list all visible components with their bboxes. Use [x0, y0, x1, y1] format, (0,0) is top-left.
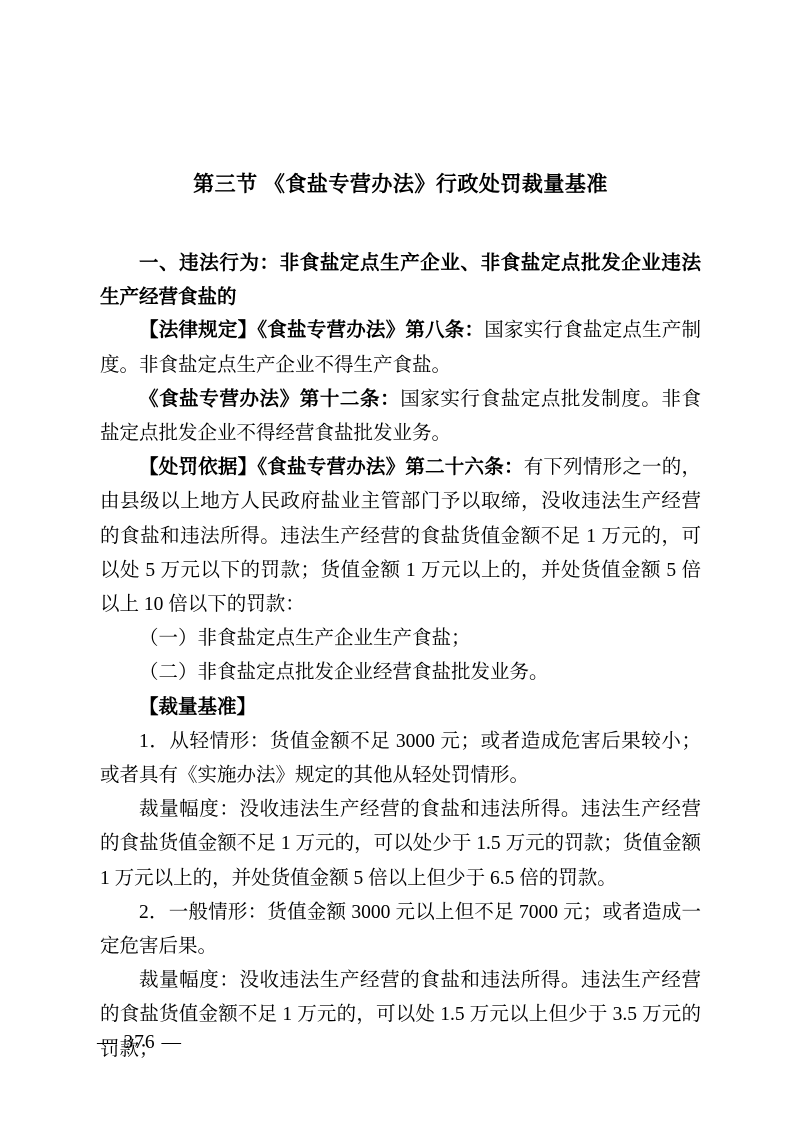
- para-article-12: 《食盐专营办法》第十二条：国家实行食盐定点批发制度。非食盐定点批发企业不得经营食…: [100, 383, 701, 451]
- section-title: 第三节 《食盐专营办法》行政处罚裁量基准: [100, 170, 701, 200]
- heading-violation-behavior: 一、违法行为：非食盐定点生产企业、非食盐定点批发企业违法生产经营食盐的: [100, 246, 701, 314]
- para-lenient-range: 裁量幅度：没收违法生产经营的食盐和违法所得。违法生产经营的食盐货值金额不足 1 …: [100, 793, 701, 896]
- para-general-range: 裁量幅度：没收违法生产经营的食盐和违法所得。违法生产经营的食盐货值金额不足 1 …: [100, 964, 701, 1067]
- para-general-case: 2．一般情形：货值金额 3000 元以上但不足 7000 元；或者造成一定危害后…: [100, 896, 701, 964]
- penalty-basis-label: 【处罚依据】《食盐专营办法》第二十六条：: [139, 457, 524, 478]
- document-content: 第三节 《食盐专营办法》行政处罚裁量基准 一、违法行为：非食盐定点生产企业、非食…: [100, 170, 701, 1067]
- article-12-label: 《食盐专营办法》第十二条：: [139, 389, 400, 410]
- legal-basis-label: 【法律规定】《食盐专营办法》第八条：: [139, 320, 484, 341]
- page-number: — 376 —: [97, 1028, 182, 1058]
- penalty-basis-text: 有下列情形之一的，由县级以上地方人民政府盐业主管部门予以取缔，没收违法生产经营的…: [100, 457, 701, 615]
- list-item-2: （二）非食盐定点批发企业经营食盐批发业务。: [100, 656, 701, 690]
- para-legal-basis: 【法律规定】《食盐专营办法》第八条：国家实行食盐定点生产制度。非食盐定点生产企业…: [100, 314, 701, 382]
- heading-discretion-standard: 【裁量基准】: [100, 691, 701, 725]
- list-item-1: （一）非食盐定点生产企业生产食盐；: [100, 622, 701, 656]
- document-page: 第三节 《食盐专营办法》行政处罚裁量基准 一、违法行为：非食盐定点生产企业、非食…: [0, 0, 793, 1122]
- para-penalty-basis: 【处罚依据】《食盐专营办法》第二十六条：有下列情形之一的，由县级以上地方人民政府…: [100, 451, 701, 622]
- para-lenient-case: 1．从轻情形：货值金额不足 3000 元；或者造成危害后果较小；或者具有《实施办…: [100, 725, 701, 793]
